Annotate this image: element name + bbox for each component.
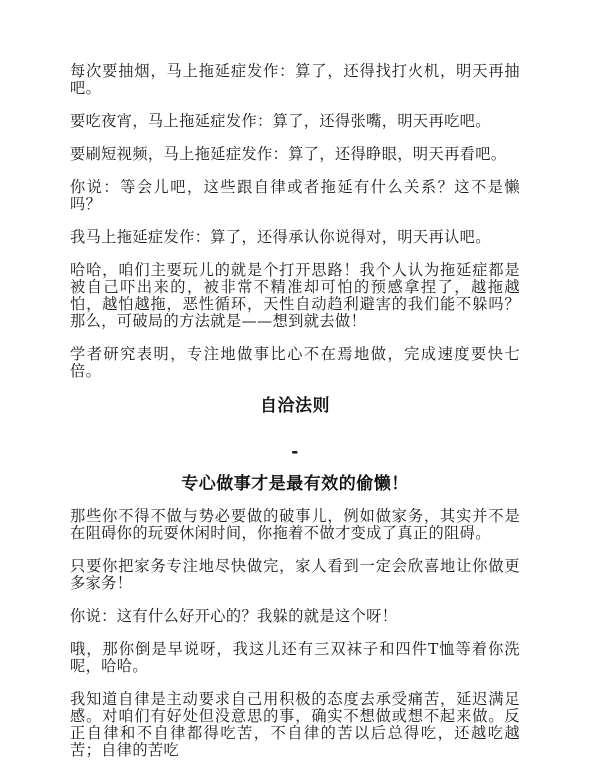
paragraph-open-mind: 哈哈，咱们主要玩儿的就是个打开思路！我个人认为拖延症都是被自己吓出来的，被非常不… xyxy=(70,262,520,330)
paragraph-you-say-hide: 你说：这有什么好开心的？我躲的就是这个呀！ xyxy=(70,608,520,625)
paragraph-short-video: 要刷短视频，马上拖延症发作：算了，还得睁眼，明天再看吧。 xyxy=(70,146,520,163)
paragraph-smoking: 每次要抽烟，马上拖延症发作：算了，还得找打火机，明天再抽吧。 xyxy=(70,63,520,97)
paragraph-chores: 那些你不得不做与势必要做的破事儿，例如做家务，其实并不是在阻碍你的玩耍休闲时间，… xyxy=(70,508,520,542)
paragraph-admit: 我马上拖延症发作：算了，还得承认你说得对，明天再认吧。 xyxy=(70,229,520,246)
paragraph-you-say-lazy: 你说：等会儿吧，这些跟自律或者拖延有什么关系？这不是懒吗？ xyxy=(70,179,520,213)
section-separator: - xyxy=(70,442,520,462)
paragraph-self-discipline: 我知道自律是主动要求自己用积极的态度去承受痛苦，延迟满足感。对咱们有好处但没意思… xyxy=(70,691,520,759)
document-page: 每次要抽烟，马上拖延症发作：算了，还得找打火机，明天再抽吧。 要吃夜宵，马上拖延… xyxy=(70,63,520,775)
section-subtitle: 专心做事才是最有效的偷懒！ xyxy=(70,474,520,494)
paragraph-family: 只要你把家务专注地尽快做完，家人看到一定会欣喜地让你做更多家务！ xyxy=(70,558,520,592)
section-title: 自洽法则 xyxy=(70,396,520,416)
paragraph-socks: 哦，那你倒是早说呀，我这儿还有三双袜子和四件T恤等着你洗呢，哈哈。 xyxy=(70,641,520,675)
paragraph-research: 学者研究表明，专注地做事比心不在焉地做，完成速度要快七倍。 xyxy=(70,346,520,380)
paragraph-late-snack: 要吃夜宵，马上拖延症发作：算了，还得张嘴，明天再吃吧。 xyxy=(70,113,520,130)
